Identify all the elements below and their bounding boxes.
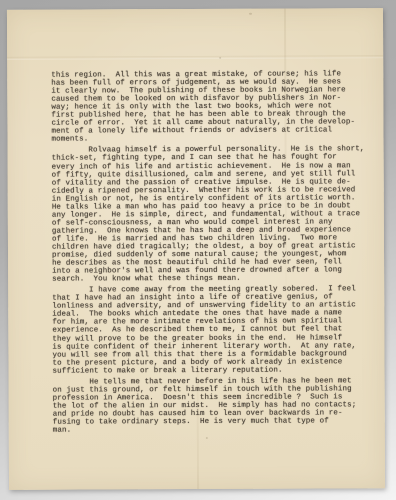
paragraph-3: I have come away from the meeting greatl… bbox=[52, 285, 367, 375]
letter-page: this region. All this was a great mistak… bbox=[7, 8, 385, 490]
paper-speck bbox=[219, 57, 221, 59]
paper-speck bbox=[249, 13, 252, 15]
paragraph-4: He tells me that never before in his lif… bbox=[53, 377, 368, 435]
letter-body-text: this region. All this was a great mistak… bbox=[51, 70, 368, 437]
fold-crease-horizontal bbox=[7, 55, 383, 60]
paper-speck bbox=[206, 437, 208, 439]
paragraph-1: this region. All this was a great mistak… bbox=[51, 70, 366, 144]
paragraph-2: Rolvaag himself is a powerful personalit… bbox=[52, 146, 368, 284]
